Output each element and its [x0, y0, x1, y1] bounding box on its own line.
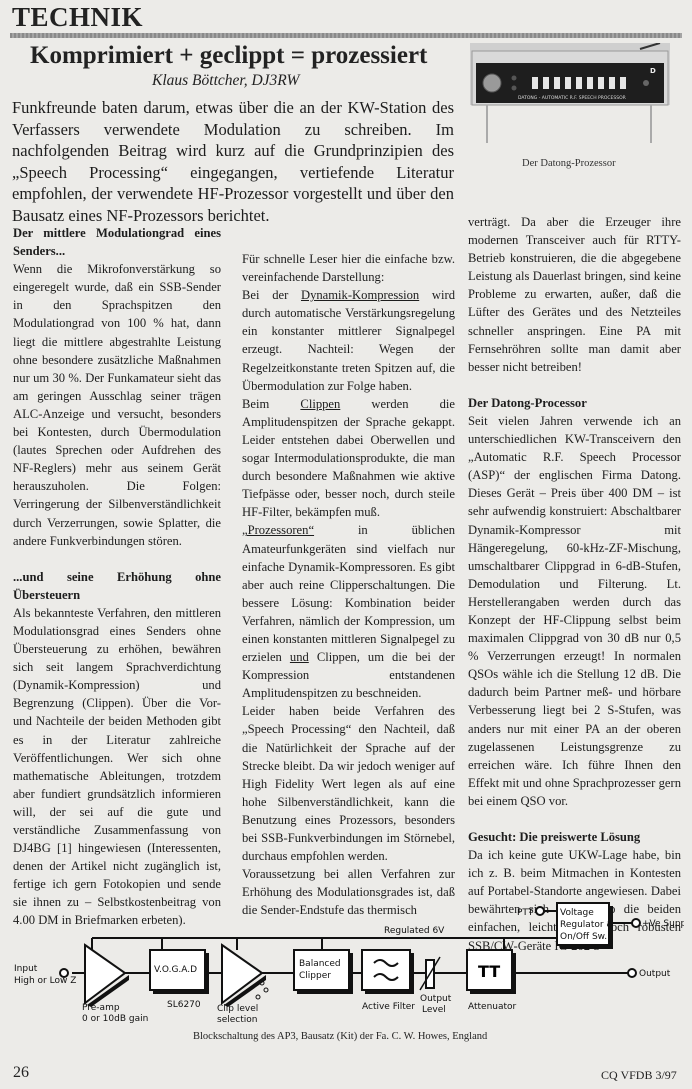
paragraph: verträgt. Da aber die Erzeuger ihre mode…: [468, 213, 681, 376]
heading-modulation: Der mittlere Modulationgrad eines Sender…: [13, 224, 221, 260]
journal-reference: CQ VFDB 3/97: [601, 1068, 677, 1083]
term-dynamik-kompression: Dynamik-Kompression: [301, 288, 419, 302]
paragraph: Seit vielen Jahren verwende ich an unter…: [468, 412, 681, 810]
paragraph: Leider haben beide Verfahren des „Speech…: [242, 702, 455, 865]
paragraph: Wenn die Mikrofonverstärkung so eingereg…: [13, 260, 221, 550]
diagram-caption: Blockschaltung des AP3, Bausatz (Kit) de…: [193, 1031, 487, 1042]
regulator-label-2: Regulator &: [560, 920, 613, 930]
heading-datong: Der Datong-Processor: [468, 394, 681, 412]
article-headline: Komprimiert + geclippt = prozessiert: [30, 42, 427, 70]
column-3: verträgt. Da aber die Erzeuger ihre mode…: [468, 213, 681, 955]
output-level-label: Output: [420, 994, 452, 1004]
paragraph: „Prozessoren“ in üblichen Amateurfunkger…: [242, 521, 455, 702]
paragraph: Als bekannteste Verfahren, den mittleren…: [13, 604, 221, 930]
column-1: Der mittlere Modulationgrad eines Sender…: [13, 224, 221, 930]
regulator-label-3: On/Off Sw.: [560, 932, 607, 942]
preamp-gain-label: 0 or 10dB gain: [82, 1014, 148, 1024]
text: in üblichen Amateurfunkgeräten sind viel…: [242, 523, 455, 664]
paragraph: Für schnelle Leser hier die einfache bzw…: [242, 250, 455, 286]
text: Bei der: [242, 288, 301, 302]
photo-caption: Der Datong-Prozessor: [522, 158, 616, 169]
supply-label: +Ve Supply: [642, 919, 684, 929]
ptt-label: PTT: [517, 908, 534, 918]
regulated-label: Regulated 6V: [384, 926, 445, 936]
heading-increase: ...und seine Erhöhung ohne Übersteuern: [13, 568, 221, 604]
filter-label: Active Filter: [362, 1002, 415, 1012]
text: Beim: [242, 397, 300, 411]
column-2: Für schnelle Leser hier die einfache bzw…: [242, 250, 455, 919]
attenuator-label: Attenuator: [468, 1002, 517, 1012]
term-clippen: Clippen: [300, 397, 340, 411]
term-und: und: [290, 650, 309, 664]
preamp-label: Pre-amp: [82, 1003, 120, 1013]
block-diagram: Regulated 6V Input High or Low Z Pre-amp…: [12, 895, 684, 1025]
output-level-label-2: Level: [422, 1005, 446, 1015]
section-label: TECHNIK: [12, 2, 143, 33]
regulator-label: Voltage: [560, 908, 594, 918]
term-prozessoren: „Prozessoren“: [242, 523, 314, 537]
article-byline: Klaus Böttcher, DJ3RW: [152, 72, 299, 90]
datong-processor-photo: D DATONG - AUTOMATIC R.F. SPEECH PROCESS…: [470, 43, 670, 146]
output-label: Output: [639, 969, 671, 979]
heading-search: Gesucht: Die preiswerte Lösung: [468, 828, 681, 846]
photo-front-label: DATONG - AUTOMATIC R.F. SPEECH PROCESSOR: [518, 95, 626, 101]
input-z-label: High or Low Z: [14, 976, 76, 986]
section-rule: [10, 33, 682, 38]
clip-selection-label: selection: [217, 1015, 257, 1025]
paragraph: Bei der Dynamik-Kompression wird durch a…: [242, 286, 455, 395]
page-number: 26: [13, 1064, 29, 1082]
vogad-chip-label: SL6270: [167, 1000, 201, 1010]
paragraph: Beim Clippen werden die Amplitudenspitze…: [242, 395, 455, 522]
article-lead: Funkfreunde baten darum, etwas über die …: [12, 97, 454, 226]
clip-level-label: Clip level: [217, 1004, 258, 1014]
clipper-label-2: Clipper: [299, 971, 331, 981]
svg-text:D: D: [650, 67, 656, 75]
text: wird durch automatische Verstärkungsrege…: [242, 288, 455, 392]
svg-text:TT: TT: [478, 962, 500, 981]
vogad-label: V.O.G.A.D: [154, 965, 197, 975]
input-label: Input: [14, 964, 38, 974]
text: werden die Amplitudenspitzen der Sprache…: [242, 397, 455, 520]
clipper-label: Balanced: [299, 959, 341, 969]
